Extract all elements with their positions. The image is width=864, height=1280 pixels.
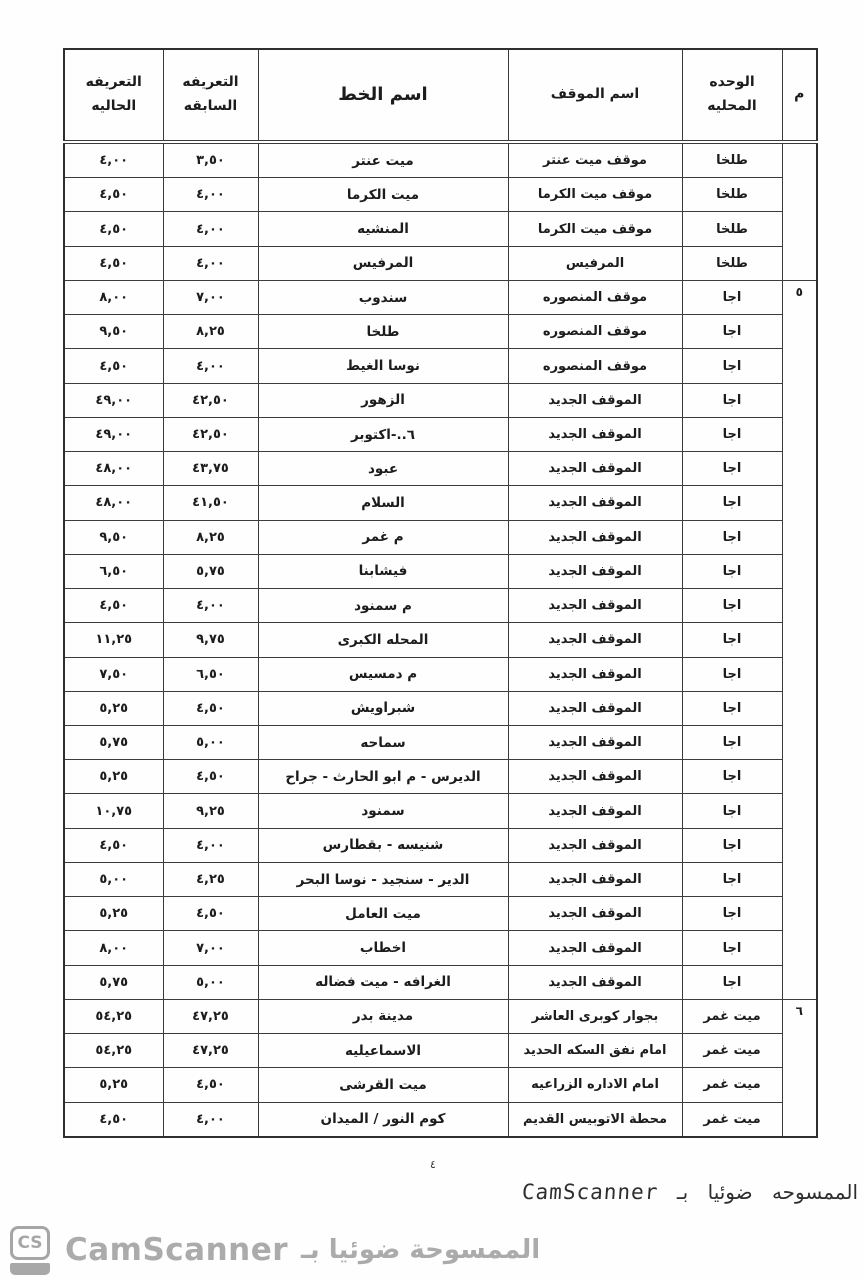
table-body: طلخاموقف ميت عنترميت عنتر٣,٥٠٤,٠٠طلخاموق…	[64, 142, 817, 1137]
stop-name-cell: الموقف الجديد	[508, 452, 682, 486]
line-name-cell: عبود	[258, 452, 508, 486]
local-unit-cell: اجا	[682, 554, 782, 588]
stop-name-cell: امام الاداره الزراعيه	[508, 1068, 682, 1102]
stop-name-cell: الموقف الجديد	[508, 383, 682, 417]
local-unit-cell: ميت غمر	[682, 999, 782, 1033]
local-unit-cell: اجا	[682, 486, 782, 520]
line-name-cell: الغرافه - ميت فضاله	[258, 965, 508, 999]
line-name-cell: سندوب	[258, 280, 508, 314]
local-unit-cell: اجا	[682, 657, 782, 691]
local-unit-cell: اجا	[682, 589, 782, 623]
stop-name-cell: الموقف الجديد	[508, 657, 682, 691]
stop-name-cell: الموقف الجديد	[508, 486, 682, 520]
local-unit-cell: اجا	[682, 623, 782, 657]
local-unit-cell: اجا	[682, 794, 782, 828]
table-row: اجاالموقف الجديدعبود٤٣,٧٥٤٨,٠٠	[64, 452, 817, 486]
local-unit-cell: اجا	[682, 828, 782, 862]
stop-name-cell: الموقف الجديد	[508, 417, 682, 451]
line-name-cell: ميت الكرما	[258, 178, 508, 212]
table-row: ٦ميت غمربجوار كوبرى العاشرمدينة بدر٤٧,٢٥…	[64, 999, 817, 1033]
line-name-cell: الدير - سنجيد - نوسا البحر	[258, 862, 508, 896]
line-name-cell: السلام	[258, 486, 508, 520]
current-tariff-cell: ٥٤,٢٥	[64, 1034, 163, 1068]
header-current-tariff-line2: الحاليه	[68, 95, 160, 119]
local-unit-cell: ميت غمر	[682, 1034, 782, 1068]
footer-arabic-text: الممسوحة ضوئيا بـ	[301, 1235, 540, 1265]
line-name-cell: فيشابنا	[258, 554, 508, 588]
previous-tariff-cell: ٤,٠٠	[163, 178, 258, 212]
previous-tariff-cell: ٤,٥٠	[163, 691, 258, 725]
line-name-cell: م سمنود	[258, 589, 508, 623]
current-tariff-cell: ٥,٢٥	[64, 691, 163, 725]
line-name-cell: ميت العامل	[258, 897, 508, 931]
table-header-row: م الوحده المحليه اسم الموقف اسم الخط الت…	[64, 49, 817, 142]
previous-tariff-cell: ٤,٠٠	[163, 349, 258, 383]
current-tariff-cell: ٦,٥٠	[64, 554, 163, 588]
current-tariff-cell: ٤٨,٠٠	[64, 452, 163, 486]
previous-tariff-cell: ٤,٠٠	[163, 589, 258, 623]
local-unit-cell: اجا	[682, 931, 782, 965]
previous-tariff-cell: ٤٣,٧٥	[163, 452, 258, 486]
serial-cell	[782, 142, 817, 280]
local-unit-cell: اجا	[682, 897, 782, 931]
table-row: اجاالموقف الجديدشنيسه - بقطارس٤,٠٠٤,٥٠	[64, 828, 817, 862]
current-tariff-cell: ١١,٢٥	[64, 623, 163, 657]
current-tariff-cell: ٤,٥٠	[64, 349, 163, 383]
camscanner-handwritten-watermark: الممسوحه ضوئيا بـ CamScanner	[510, 1180, 858, 1204]
table-row: اجاالموقف الجديدم سمنود٤,٠٠٤,٥٠	[64, 589, 817, 623]
header-previous-tariff-line2: السابقه	[167, 95, 255, 119]
table-row: طلخاموقف ميت الكرماالمنشيه٤,٠٠٤,٥٠	[64, 212, 817, 246]
handwritten-watermark-brand: CamScanner	[521, 1180, 659, 1204]
table-row: ميت غمرامام الاداره الزراعيهميت القرشى٤,…	[64, 1068, 817, 1102]
line-name-cell: ٦..-اكتوبر	[258, 417, 508, 451]
local-unit-cell: اجا	[682, 760, 782, 794]
local-unit-cell: طلخا	[682, 212, 782, 246]
footer-brand-text: CamScanner	[65, 1232, 288, 1268]
previous-tariff-cell: ٧,٠٠	[163, 931, 258, 965]
local-unit-cell: اجا	[682, 691, 782, 725]
previous-tariff-cell: ٤,٠٠	[163, 246, 258, 280]
current-tariff-cell: ٤٩,٠٠	[64, 383, 163, 417]
stop-name-cell: الموقف الجديد	[508, 931, 682, 965]
local-unit-cell: اجا	[682, 349, 782, 383]
stop-name-cell: الموقف الجديد	[508, 828, 682, 862]
previous-tariff-cell: ٥,٠٠	[163, 965, 258, 999]
handwritten-watermark-arabic: الممسوحه ضوئيا بـ	[677, 1180, 858, 1204]
local-unit-cell: طلخا	[682, 246, 782, 280]
tariff-table: م الوحده المحليه اسم الموقف اسم الخط الت…	[63, 48, 818, 1138]
line-name-cell: ميت عنتر	[258, 142, 508, 178]
line-name-cell: الديرس - م ابو الحارث - جراح	[258, 760, 508, 794]
current-tariff-cell: ٩,٥٠	[64, 520, 163, 554]
previous-tariff-cell: ٤,٠٠	[163, 1102, 258, 1137]
line-name-cell: سماحه	[258, 726, 508, 760]
header-line-name: اسم الخط	[258, 49, 508, 142]
previous-tariff-cell: ٤٢,٥٠	[163, 383, 258, 417]
header-previous-tariff: التعريفه السابقه	[163, 49, 258, 142]
table-row: اجاالموقف الجديدم غمر٨,٢٥٩,٥٠	[64, 520, 817, 554]
current-tariff-cell: ٤,٥٠	[64, 589, 163, 623]
line-name-cell: المرفيس	[258, 246, 508, 280]
table-row: اجاالموقف الجديدسماحه٥,٠٠٥,٧٥	[64, 726, 817, 760]
previous-tariff-cell: ٩,٢٥	[163, 794, 258, 828]
line-name-cell: المحله الكبرى	[258, 623, 508, 657]
previous-tariff-cell: ٤,٥٠	[163, 897, 258, 931]
table-row: اجاالموقف الجديدشبراويش٤,٥٠٥,٢٥	[64, 691, 817, 725]
line-name-cell: شبراويش	[258, 691, 508, 725]
line-name-cell: طلخا	[258, 315, 508, 349]
line-name-cell: اخطاب	[258, 931, 508, 965]
current-tariff-cell: ٤,٥٠	[64, 828, 163, 862]
header-serial: م	[782, 49, 817, 142]
header-local-unit: الوحده المحليه	[682, 49, 782, 142]
serial-cell: ٥	[782, 280, 817, 999]
current-tariff-cell: ٥,٢٥	[64, 897, 163, 931]
line-name-cell: الزهور	[258, 383, 508, 417]
stop-name-cell: الموقف الجديد	[508, 760, 682, 794]
previous-tariff-cell: ٥,٧٥	[163, 554, 258, 588]
current-tariff-cell: ٥,٧٥	[64, 965, 163, 999]
previous-tariff-cell: ٤٧,٢٥	[163, 999, 258, 1033]
previous-tariff-cell: ٤٢,٥٠	[163, 417, 258, 451]
previous-tariff-cell: ٨,٢٥	[163, 315, 258, 349]
serial-cell: ٦	[782, 999, 817, 1137]
previous-tariff-cell: ٤,٥٠	[163, 1068, 258, 1102]
line-name-cell: شنيسه - بقطارس	[258, 828, 508, 862]
stop-name-cell: الموقف الجديد	[508, 691, 682, 725]
previous-tariff-cell: ٤,٠٠	[163, 828, 258, 862]
table-row: اجاالموقف الجديدالزهور٤٢,٥٠٤٩,٠٠	[64, 383, 817, 417]
stop-name-cell: الموقف الجديد	[508, 726, 682, 760]
line-name-cell: مدينة بدر	[258, 999, 508, 1033]
local-unit-cell: اجا	[682, 452, 782, 486]
current-tariff-cell: ١٠,٧٥	[64, 794, 163, 828]
previous-tariff-cell: ٤١,٥٠	[163, 486, 258, 520]
table-row: ميت غمرامام نفق السكه الحديدالاسماعيليه٤…	[64, 1034, 817, 1068]
current-tariff-cell: ٤,٥٠	[64, 178, 163, 212]
previous-tariff-cell: ٧,٠٠	[163, 280, 258, 314]
line-name-cell: الاسماعيليه	[258, 1034, 508, 1068]
stop-name-cell: الموقف الجديد	[508, 794, 682, 828]
camscanner-logo-tab	[10, 1263, 50, 1275]
previous-tariff-cell: ٤٧,٢٥	[163, 1034, 258, 1068]
camscanner-logo-icon: CS	[10, 1226, 52, 1275]
table-row: اجاالموقف الجديدالسلام٤١,٥٠٤٨,٠٠	[64, 486, 817, 520]
header-current-tariff: التعريفه الحاليه	[64, 49, 163, 142]
table-row: اجاموقف المنصورهنوسا الغيط٤,٠٠٤,٥٠	[64, 349, 817, 383]
table-row: اجاالموقف الجديدالغرافه - ميت فضاله٥,٠٠٥…	[64, 965, 817, 999]
current-tariff-cell: ٧,٥٠	[64, 657, 163, 691]
line-name-cell: المنشيه	[258, 212, 508, 246]
local-unit-cell: اجا	[682, 520, 782, 554]
local-unit-cell: طلخا	[682, 178, 782, 212]
table-row: ميت غمرمحطة الاتوبيس القديمكوم النور / ا…	[64, 1102, 817, 1137]
table-row: اجاالموقف الجديداخطاب٧,٠٠٨,٠٠	[64, 931, 817, 965]
stop-name-cell: الموقف الجديد	[508, 862, 682, 896]
current-tariff-cell: ٤,٠٠	[64, 142, 163, 178]
table-row: اجاموقف المنصورهطلخا٨,٢٥٩,٥٠	[64, 315, 817, 349]
stop-name-cell: الموقف الجديد	[508, 520, 682, 554]
stop-name-cell: بجوار كوبرى العاشر	[508, 999, 682, 1033]
current-tariff-cell: ٥,٠٠	[64, 862, 163, 896]
table-row: اجاالموقف الجديدالدير - سنجيد - نوسا الب…	[64, 862, 817, 896]
current-tariff-cell: ٩,٥٠	[64, 315, 163, 349]
stop-name-cell: موقف ميت الكرما	[508, 178, 682, 212]
stop-name-cell: امام نفق السكه الحديد	[508, 1034, 682, 1068]
table-row: اجاالموقف الجديدالديرس - م ابو الحارث - …	[64, 760, 817, 794]
current-tariff-cell: ٨,٠٠	[64, 931, 163, 965]
previous-tariff-cell: ٣,٥٠	[163, 142, 258, 178]
local-unit-cell: ميت غمر	[682, 1068, 782, 1102]
stop-name-cell: موقف المنصوره	[508, 280, 682, 314]
header-stop-name: اسم الموقف	[508, 49, 682, 142]
stop-name-cell: موقف ميت عنتر	[508, 142, 682, 178]
previous-tariff-cell: ٨,٢٥	[163, 520, 258, 554]
current-tariff-cell: ٨,٠٠	[64, 280, 163, 314]
local-unit-cell: ميت غمر	[682, 1102, 782, 1137]
camscanner-footer-watermark: CS CamScanner الممسوحة ضوئيا بـ	[10, 1220, 864, 1280]
previous-tariff-cell: ٤,٠٠	[163, 212, 258, 246]
local-unit-cell: اجا	[682, 417, 782, 451]
line-name-cell: م غمر	[258, 520, 508, 554]
current-tariff-cell: ٤,٥٠	[64, 1102, 163, 1137]
stop-name-cell: الموقف الجديد	[508, 897, 682, 931]
table-row: طلخاالمرفيسالمرفيس٤,٠٠٤,٥٠	[64, 246, 817, 280]
table-row: اجاالموقف الجديد٦..-اكتوبر٤٢,٥٠٤٩,٠٠	[64, 417, 817, 451]
header-current-tariff-line1: التعريفه	[68, 71, 160, 95]
table-row: اجاالموقف الجديدفيشابنا٥,٧٥٦,٥٠	[64, 554, 817, 588]
table-row: طلخاموقف ميت الكرماميت الكرما٤,٠٠٤,٥٠	[64, 178, 817, 212]
table-row: ٥اجاموقف المنصورهسندوب٧,٠٠٨,٠٠	[64, 280, 817, 314]
table-row: اجاالموقف الجديدسمنود٩,٢٥١٠,٧٥	[64, 794, 817, 828]
current-tariff-cell: ٤,٥٠	[64, 212, 163, 246]
current-tariff-cell: ٤,٥٠	[64, 246, 163, 280]
page-number: ٤	[430, 1158, 436, 1171]
line-name-cell: سمنود	[258, 794, 508, 828]
table-row: اجاالموقف الجديدميت العامل٤,٥٠٥,٢٥	[64, 897, 817, 931]
stop-name-cell: موقف المنصوره	[508, 349, 682, 383]
local-unit-cell: اجا	[682, 965, 782, 999]
stop-name-cell: الموقف الجديد	[508, 623, 682, 657]
local-unit-cell: اجا	[682, 383, 782, 417]
stop-name-cell: موقف ميت الكرما	[508, 212, 682, 246]
local-unit-cell: اجا	[682, 726, 782, 760]
previous-tariff-cell: ٤,٢٥	[163, 862, 258, 896]
stop-name-cell: محطة الاتوبيس القديم	[508, 1102, 682, 1137]
previous-tariff-cell: ٥,٠٠	[163, 726, 258, 760]
line-name-cell: ميت القرشى	[258, 1068, 508, 1102]
current-tariff-cell: ٥,٢٥	[64, 760, 163, 794]
local-unit-cell: اجا	[682, 280, 782, 314]
stop-name-cell: المرفيس	[508, 246, 682, 280]
line-name-cell: م دمسيس	[258, 657, 508, 691]
header-previous-tariff-line1: التعريفه	[167, 71, 255, 95]
stop-name-cell: الموقف الجديد	[508, 965, 682, 999]
current-tariff-cell: ٤٨,٠٠	[64, 486, 163, 520]
previous-tariff-cell: ٤,٥٠	[163, 760, 258, 794]
local-unit-cell: اجا	[682, 315, 782, 349]
previous-tariff-cell: ٩,٧٥	[163, 623, 258, 657]
table-row: اجاالموقف الجديدم دمسيس٦,٥٠٧,٥٠	[64, 657, 817, 691]
stop-name-cell: الموقف الجديد	[508, 589, 682, 623]
stop-name-cell: الموقف الجديد	[508, 554, 682, 588]
current-tariff-cell: ٥٤,٢٥	[64, 999, 163, 1033]
table-row: طلخاموقف ميت عنترميت عنتر٣,٥٠٤,٠٠	[64, 142, 817, 178]
line-name-cell: نوسا الغيط	[258, 349, 508, 383]
previous-tariff-cell: ٦,٥٠	[163, 657, 258, 691]
current-tariff-cell: ٥,٧٥	[64, 726, 163, 760]
current-tariff-cell: ٥,٢٥	[64, 1068, 163, 1102]
scanned-document-page: م الوحده المحليه اسم الموقف اسم الخط الت…	[0, 0, 864, 1280]
local-unit-cell: طلخا	[682, 142, 782, 178]
table-row: اجاالموقف الجديدالمحله الكبرى٩,٧٥١١,٢٥	[64, 623, 817, 657]
current-tariff-cell: ٤٩,٠٠	[64, 417, 163, 451]
stop-name-cell: موقف المنصوره	[508, 315, 682, 349]
camscanner-logo-cs-label: CS	[10, 1226, 50, 1260]
local-unit-cell: اجا	[682, 862, 782, 896]
line-name-cell: كوم النور / الميدان	[258, 1102, 508, 1137]
